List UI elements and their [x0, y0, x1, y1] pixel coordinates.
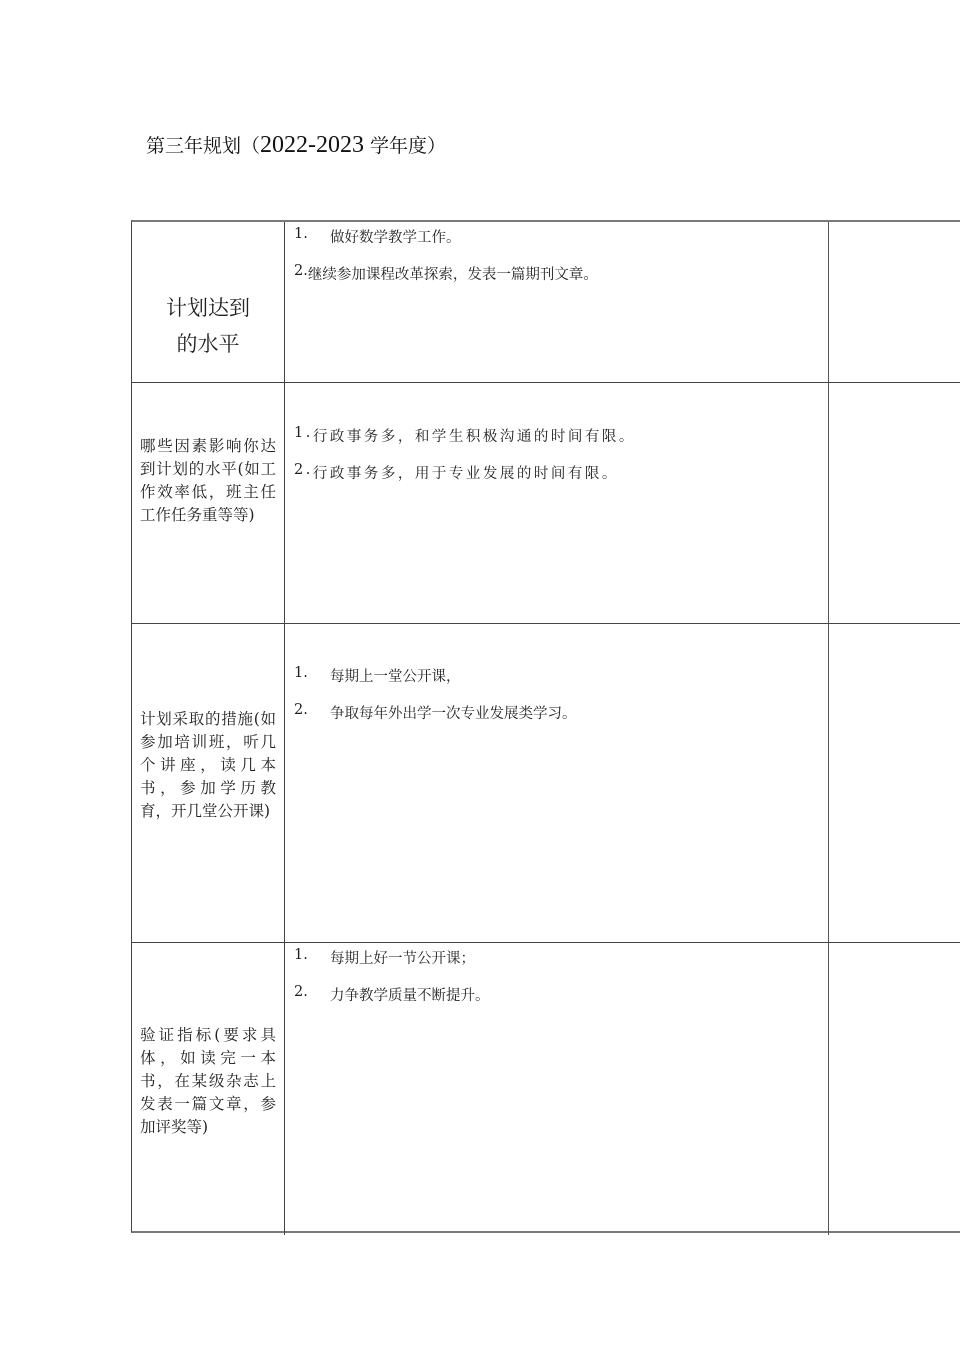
row-content-cell: 1. 做好数学教学工作。 2. 继续参加课程改革探索，发表一篇期刊文章。 — [285, 222, 829, 382]
item-number: 2. — [294, 263, 308, 300]
label-line: 计划达到 — [140, 290, 276, 326]
item-number: 2. — [294, 462, 313, 499]
list-item: 2. 争取每年外出学一次专业发展类学习。 — [294, 702, 820, 739]
item-number: 1. — [294, 226, 330, 263]
item-text: 做好数学教学工作。 — [330, 226, 461, 263]
list-item: 1. 每期上一堂公开课， — [294, 665, 820, 702]
item-number: 1. — [294, 947, 330, 984]
list-item: 2. 力争教学质量不断提升。 — [294, 984, 820, 1021]
row-notes-cell — [829, 222, 960, 382]
row-content-cell: 1. 行政事务多，和学生积极沟通的时间有限。 2. 行政事务多，用于专业发展的时… — [285, 383, 829, 623]
item-number: 2. — [294, 984, 330, 1021]
item-text: 继续参加课程改革探索，发表一篇期刊文章。 — [308, 263, 598, 300]
table-row-verification-metrics: 验证指标(要求具体，如读完一本书，在某级杂志上发表一篇文章，参加评奖等) 1. … — [132, 943, 960, 1235]
row-label-cell: 计划采取的措施(如参加培训班，听几个讲座，读几本书，参加学历教育，开几堂公开课) — [132, 624, 285, 942]
table-row-target-level: 计划达到 的水平 1. 做好数学教学工作。 2. 继续参加课程改革探索，发表一篇… — [132, 222, 960, 383]
row-label-cell: 验证指标(要求具体，如读完一本书，在某级杂志上发表一篇文章，参加评奖等) — [132, 943, 285, 1235]
row-label: 计划达到 的水平 — [140, 290, 276, 362]
list-item: 2. 继续参加课程改革探索，发表一篇期刊文章。 — [294, 263, 820, 300]
title-years: 2022-2023 — [260, 132, 364, 158]
row-label-cell: 计划达到 的水平 — [132, 222, 285, 382]
item-text: 争取每年外出学一次专业发展类学习。 — [330, 702, 577, 739]
item-list: 1. 行政事务多，和学生积极沟通的时间有限。 2. 行政事务多，用于专业发展的时… — [294, 425, 820, 499]
item-number: 2. — [294, 702, 330, 739]
page-title: 第三年规划（2022-2023 学年度） — [146, 131, 446, 159]
item-list: 1. 每期上一堂公开课， 2. 争取每年外出学一次专业发展类学习。 — [294, 665, 820, 739]
plan-table: 计划达到 的水平 1. 做好数学教学工作。 2. 继续参加课程改革探索，发表一篇… — [131, 220, 960, 1233]
table-row-planned-measures: 计划采取的措施(如参加培训班，听几个讲座，读几本书，参加学历教育，开几堂公开课)… — [132, 624, 960, 943]
label-line: 的水平 — [140, 326, 276, 362]
row-label-cell: 哪些因素影响你达到计划的水平(如工作效率低，班主任工作任务重等等) — [132, 383, 285, 623]
table-row-influencing-factors: 哪些因素影响你达到计划的水平(如工作效率低，班主任工作任务重等等) 1. 行政事… — [132, 383, 960, 624]
item-text: 行政事务多，用于专业发展的时间有限。 — [313, 462, 619, 499]
list-item: 1. 做好数学教学工作。 — [294, 226, 820, 263]
item-list: 1. 做好数学教学工作。 2. 继续参加课程改革探索，发表一篇期刊文章。 — [294, 226, 820, 300]
row-notes-cell — [829, 383, 960, 623]
list-item: 1. 行政事务多，和学生积极沟通的时间有限。 — [294, 425, 820, 462]
row-content-cell: 1. 每期上一堂公开课， 2. 争取每年外出学一次专业发展类学习。 — [285, 624, 829, 942]
row-label: 验证指标(要求具体，如读完一本书，在某级杂志上发表一篇文章，参加评奖等) — [140, 1024, 276, 1139]
row-label: 计划采取的措施(如参加培训班，听几个讲座，读几本书，参加学历教育，开几堂公开课) — [140, 708, 276, 823]
row-notes-cell — [829, 624, 960, 942]
row-content-cell: 1. 每期上好一节公开课； 2. 力争教学质量不断提升。 — [285, 943, 829, 1235]
title-prefix: 第三年规划（ — [146, 135, 260, 157]
item-number: 1. — [294, 665, 330, 702]
list-item: 2. 行政事务多，用于专业发展的时间有限。 — [294, 462, 820, 499]
row-label: 哪些因素影响你达到计划的水平(如工作效率低，班主任工作任务重等等) — [140, 435, 276, 527]
item-text: 行政事务多，和学生积极沟通的时间有限。 — [313, 425, 636, 462]
item-text: 每期上好一节公开课； — [330, 947, 475, 984]
item-list: 1. 每期上好一节公开课； 2. 力争教学质量不断提升。 — [294, 947, 820, 1021]
item-number: 1. — [294, 425, 313, 462]
title-suffix: 学年度） — [364, 135, 446, 157]
item-text: 每期上一堂公开课， — [330, 665, 461, 702]
row-notes-cell — [829, 943, 960, 1235]
item-text: 力争教学质量不断提升。 — [330, 984, 490, 1021]
list-item: 1. 每期上好一节公开课； — [294, 947, 820, 984]
